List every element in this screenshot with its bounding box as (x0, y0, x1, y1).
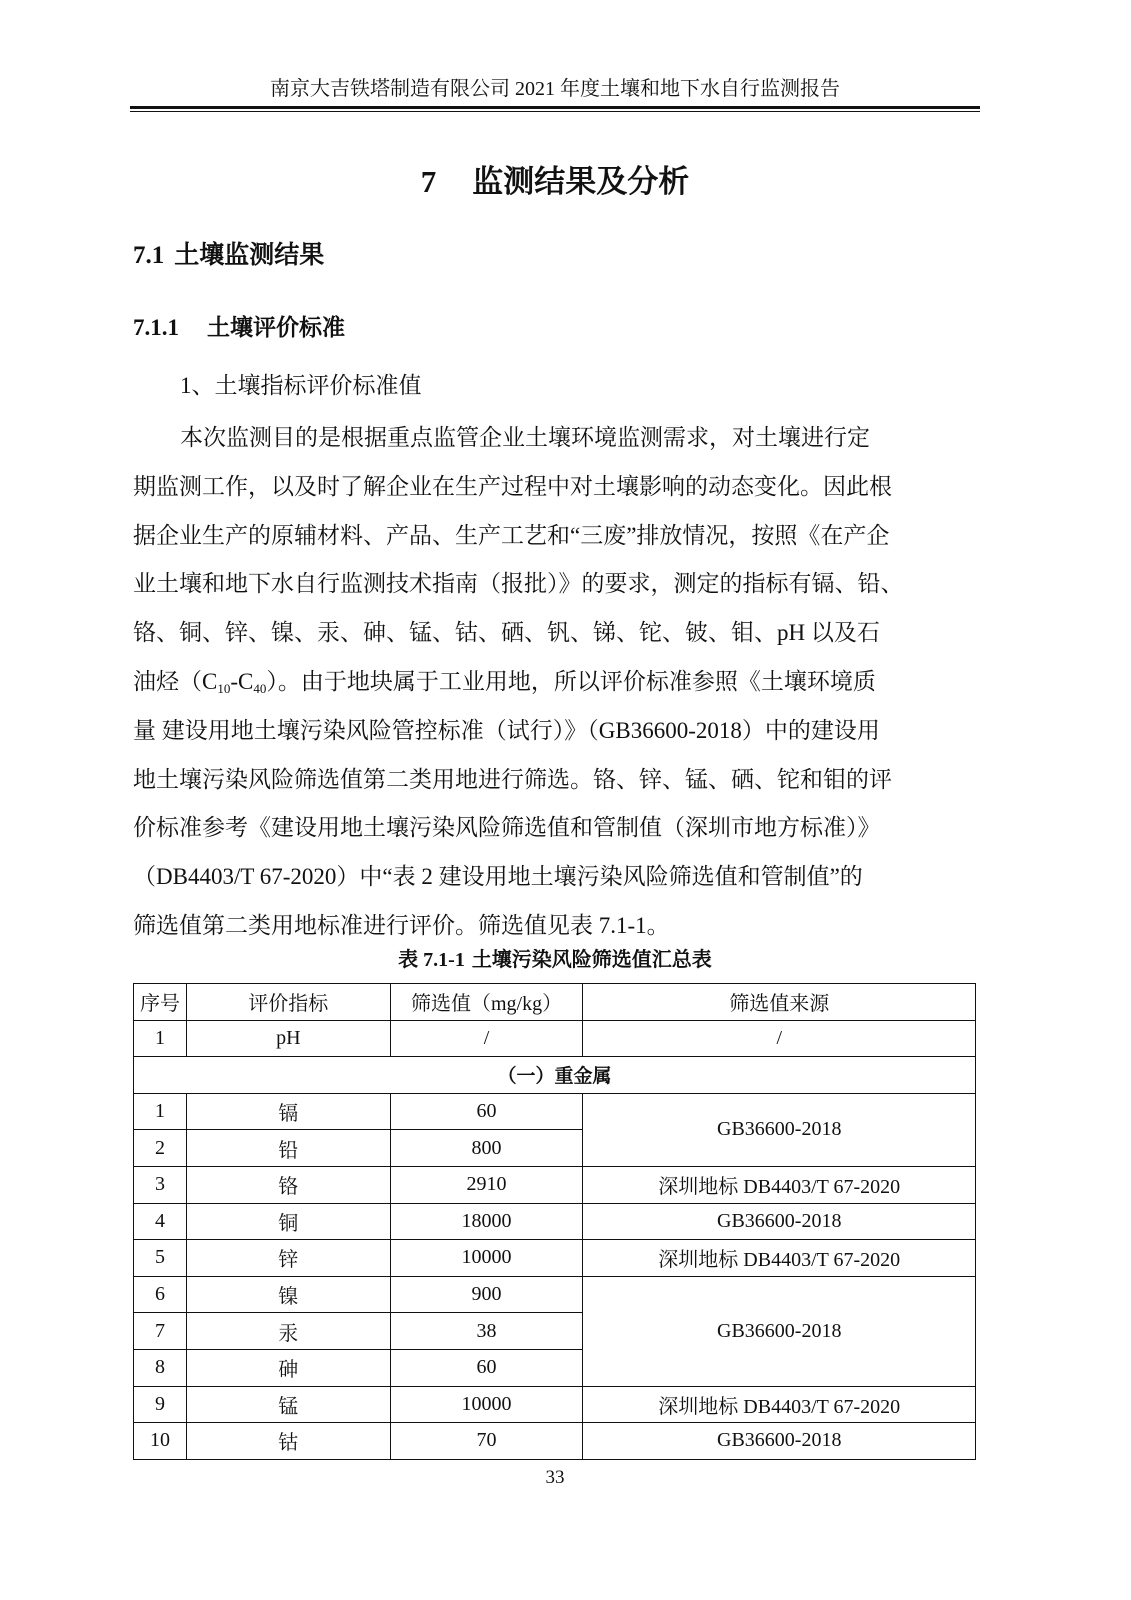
paragraph-line: 铬、铜、锌、镍、汞、砷、锰、钴、硒、钒、锑、铊、铍、钼、pH 以及石 (133, 609, 978, 658)
cell-source: GB36600-2018 (583, 1203, 976, 1240)
cell-no: 5 (134, 1240, 187, 1277)
section-heading: 7.1土壤监测结果 (133, 236, 324, 275)
chapter-title-text: 监测结果及分析 (472, 164, 689, 200)
cell-source: 深圳地标 DB4403/T 67-2020 (583, 1386, 976, 1423)
paragraph-line: 本次监测目的是根据重点监管企业土壤环境监测需求，对土壤进行定 (133, 414, 978, 463)
text-fragment: ）。由于地块属于工业用地，所以评价标准参照《土壤环境质 (266, 669, 876, 694)
cell-indicator: 锌 (186, 1240, 390, 1277)
table-caption: 表 7.1-1 土壤污染风险筛选值汇总表 (130, 944, 980, 975)
cell-value: 10000 (390, 1386, 583, 1423)
column-header: 评价指标 (186, 984, 390, 1021)
sub-item-heading: 1、土壤指标评价标准值 (180, 368, 422, 404)
cell-no: 6 (134, 1276, 187, 1313)
cell-source: 深圳地标 DB4403/T 67-2020 (583, 1240, 976, 1277)
cell-value: 38 (390, 1313, 583, 1350)
cell-indicator: 铬 (186, 1166, 390, 1203)
cell-no: 3 (134, 1166, 187, 1203)
cell-indicator: 镉 (186, 1093, 390, 1130)
cell-indicator: 钴 (186, 1423, 390, 1460)
table-row: 10 钴 70 GB36600-2018 (134, 1423, 976, 1460)
running-header: 南京大吉铁塔制造有限公司 2021 年度土壤和地下水自行监测报告 (130, 76, 980, 102)
cell-indicator: 砷 (186, 1349, 390, 1386)
table-row: 1 pH / / (134, 1020, 976, 1057)
text-fragment: 油烃（C (133, 669, 217, 694)
chapter-title: 7监测结果及分析 (130, 160, 980, 204)
cell-value: 800 (390, 1130, 583, 1167)
cell-indicator: 锰 (186, 1386, 390, 1423)
table-row: 1 镉 60 GB36600-2018 (134, 1093, 976, 1130)
cell-source: GB36600-2018 (583, 1093, 976, 1166)
cell-indicator: 汞 (186, 1313, 390, 1350)
paragraph-line: 业土壤和地下水自行监测技术指南（报批）》的要求，测定的指标有镉、铅、 (133, 560, 978, 609)
cell-source: 深圳地标 DB4403/T 67-2020 (583, 1166, 976, 1203)
page-number: 33 (130, 1466, 980, 1490)
subscript: 10 (217, 681, 230, 696)
section-title: 土壤监测结果 (174, 240, 324, 269)
table-group-row: （一）重金属 (134, 1057, 976, 1094)
table-row: 5 锌 10000 深圳地标 DB4403/T 67-2020 (134, 1240, 976, 1277)
screening-values-table: 序号 评价指标 筛选值（mg/kg） 筛选值来源 1 pH / / （一）重金属… (133, 983, 976, 1460)
body-paragraph: 本次监测目的是根据重点监管企业土壤环境监测需求，对土壤进行定 期监测工作，以及时… (133, 414, 978, 951)
table-caption-number: 表 7.1-1 (398, 949, 465, 971)
subsection-title: 土壤评价标准 (207, 315, 345, 341)
table-caption-title: 土壤污染风险筛选值汇总表 (472, 947, 712, 971)
cell-no: 4 (134, 1203, 187, 1240)
cell-no: 9 (134, 1386, 187, 1423)
cell-no: 8 (134, 1349, 187, 1386)
table-row: 9 锰 10000 深圳地标 DB4403/T 67-2020 (134, 1386, 976, 1423)
cell-no: 2 (134, 1130, 187, 1167)
paragraph-line: 期监测工作，以及时了解企业在生产过程中对土壤影响的动态变化。因此根 (133, 463, 978, 512)
section-number: 7.1 (133, 242, 164, 269)
cell-no: 7 (134, 1313, 187, 1350)
paragraph-line: 量 建设用地土壤污染风险管控标准（试行）》（GB36600-2018）中的建设用 (133, 707, 978, 756)
cell-indicator: 铅 (186, 1130, 390, 1167)
cell-value: 60 (390, 1093, 583, 1130)
cell-value: 70 (390, 1423, 583, 1460)
cell-source: GB36600-2018 (583, 1276, 976, 1386)
paragraph-line: 价标准参考《建设用地土壤污染风险筛选值和管制值（深圳市地方标准）》 (133, 804, 978, 853)
text-fragment: -C (230, 669, 253, 694)
subscript: 40 (253, 681, 266, 696)
cell-no: 1 (134, 1020, 187, 1057)
column-header: 筛选值来源 (583, 984, 976, 1021)
table-row: 6 镍 900 GB36600-2018 (134, 1276, 976, 1313)
table-row: 3 铬 2910 深圳地标 DB4403/T 67-2020 (134, 1166, 976, 1203)
cell-indicator: 镍 (186, 1276, 390, 1313)
cell-indicator: pH (186, 1020, 390, 1057)
cell-no: 1 (134, 1093, 187, 1130)
header-rule-thin (130, 111, 980, 112)
cell-source: / (583, 1020, 976, 1057)
table-header-row: 序号 评价指标 筛选值（mg/kg） 筛选值来源 (134, 984, 976, 1021)
table-row: 4 铜 18000 GB36600-2018 (134, 1203, 976, 1240)
chapter-number: 7 (421, 164, 437, 199)
group-label: （一）重金属 (134, 1057, 976, 1094)
cell-value: 2910 (390, 1166, 583, 1203)
subsection-number: 7.1.1 (133, 315, 179, 340)
header-rule-thick (130, 106, 980, 109)
cell-value: 60 (390, 1349, 583, 1386)
paragraph-line: 据企业生产的原辅材料、产品、生产工艺和“三废”排放情况，按照《在产企 (133, 512, 978, 561)
paragraph-line: 地土壤污染风险筛选值第二类用地进行筛选。铬、锌、锰、硒、铊和钼的评 (133, 756, 978, 805)
paragraph-line: （DB4403/T 67-2020）中“表 2 建设用地土壤污染风险筛选值和管制… (133, 853, 978, 902)
cell-value: 10000 (390, 1240, 583, 1277)
subsection-heading: 7.1.1土壤评价标准 (133, 310, 345, 346)
paragraph-line: 油烃（C10-C40）。由于地块属于工业用地，所以评价标准参照《土壤环境质 (133, 658, 978, 707)
cell-value: / (390, 1020, 583, 1057)
cell-no: 10 (134, 1423, 187, 1460)
column-header: 筛选值（mg/kg） (390, 984, 583, 1021)
cell-source: GB36600-2018 (583, 1423, 976, 1460)
cell-indicator: 铜 (186, 1203, 390, 1240)
cell-value: 900 (390, 1276, 583, 1313)
cell-value: 18000 (390, 1203, 583, 1240)
column-header: 序号 (134, 984, 187, 1021)
